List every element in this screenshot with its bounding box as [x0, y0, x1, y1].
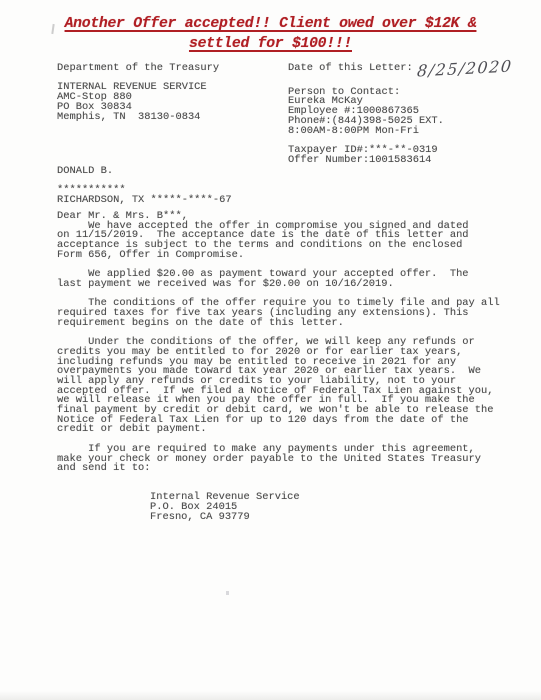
addressee-block: DONALD B. *********** RICHARDSON, TX ***… — [57, 167, 232, 206]
addressee-city-line: RICHARDSON, TX *****-****-67 — [57, 196, 232, 206]
paragraph-conditions: The conditions of the offer require you … — [57, 299, 527, 328]
text-line: credit or debit payment. — [57, 425, 527, 435]
text-line: Offer Number:1001583614 — [288, 156, 512, 166]
headline-line-1: Another Offer accepted!! Client owed ove… — [65, 16, 477, 32]
letter-body: Dear Mr. & Mrs. B***, We have accepted t… — [57, 212, 527, 522]
text-line: requirement begins on the date of this l… — [57, 319, 527, 329]
paragraph-payment-applied: We applied $20.00 as payment toward your… — [57, 270, 527, 289]
contact-lines: Person to Contact:Eureka McKayEmployee #… — [288, 88, 512, 137]
text-line: and send it to: — [57, 464, 527, 474]
text-line: last payment we received was for $20.00 … — [57, 280, 527, 290]
page-bottom-edge — [0, 691, 541, 700]
text-line: Form 656, Offer in Compromise. — [57, 251, 527, 261]
letter-meta-block: Date of this Letter: 8/25/2020 Person to… — [288, 64, 512, 165]
date-row: Date of this Letter: 8/25/2020 — [288, 64, 512, 78]
sender-address-lines: INTERNAL REVENUE SERVICEAMC-Stop 880PO B… — [57, 83, 219, 122]
scan-artifact-speck — [226, 591, 229, 595]
addressee-name: DONALD B. — [57, 167, 232, 177]
paragraph-acceptance: We have accepted the offer in compromise… — [57, 222, 527, 261]
date-label: Date of this Letter: — [288, 64, 413, 74]
payment-mailing-address: Internal Revenue ServiceP.O. Box 24015Fr… — [57, 493, 527, 522]
marketing-headline: Another Offer accepted!! Client owed ove… — [0, 15, 541, 54]
sender-dept-line: Department of the Treasury — [57, 64, 219, 74]
text-line: Fresno, CA 93779 — [150, 513, 527, 523]
scanned-letter-page: Another Offer accepted!! Client owed ove… — [0, 0, 541, 700]
paragraph-payment-instructions: If you are required to make any payments… — [57, 445, 527, 474]
sender-block: Department of the Treasury INTERNAL REVE… — [57, 64, 219, 122]
paragraph-refunds-lien: Under the conditions of the offer, we wi… — [57, 338, 527, 435]
text-line: 8:00AM-8:00PM Mon-Fri — [288, 127, 512, 137]
text-line: Memphis, TN 38130-0834 — [57, 113, 219, 123]
headline-line-2: settled for $100!!! — [189, 36, 352, 52]
handwritten-date: 8/25/2020 — [416, 56, 513, 80]
taxpayer-id-lines: Taxpayer ID#:***-**-0319Offer Number:100… — [288, 146, 512, 165]
